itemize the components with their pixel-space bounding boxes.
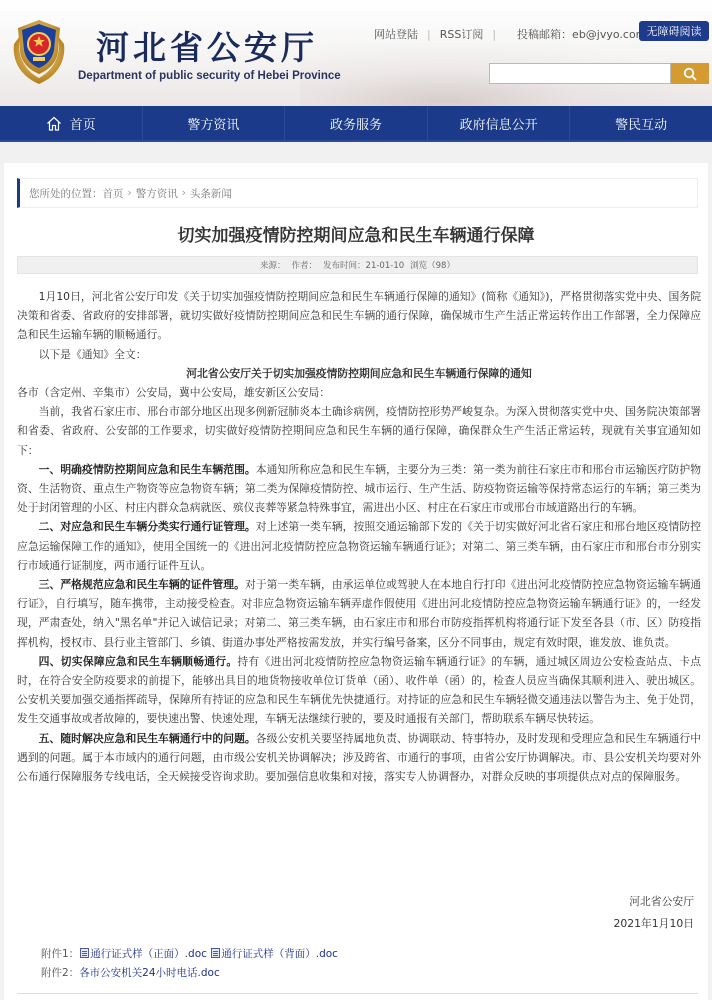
attachment-label: 附件2： bbox=[41, 967, 79, 979]
article-card: 您所处的位置： 首页 › 警方资讯 › 头条新闻 切实加强疫情防控期间应急和民生… bbox=[4, 163, 708, 1000]
attachment-link-24h-phones[interactable]: 各市公安机关24小时电话.doc bbox=[79, 967, 220, 979]
meta-author: 作者： bbox=[292, 259, 318, 271]
submission-email[interactable]: 投稿邮箱：eb@jvyo.com bbox=[517, 26, 646, 42]
separator: | bbox=[492, 28, 496, 41]
section-heading: 一、明确疫情防控期间应急和民生车辆范围。 bbox=[39, 463, 256, 476]
notice-section-1: 一、明确疫情防控期间应急和民生车辆范围。本通知所称应急和民生车辆，主要分为三类：… bbox=[17, 460, 701, 518]
nav-item-home[interactable]: 首页 bbox=[0, 106, 143, 140]
notice-section-2: 二、对应急和民生车辆分类实行通行证管理。对上述第一类车辆，按照交通运输部下发的《… bbox=[17, 517, 701, 575]
section-heading: 四、切实保障应急和民生车辆顺畅通行。 bbox=[39, 655, 238, 668]
meta-views: 浏览（98） bbox=[410, 259, 455, 271]
breadcrumb-item-police-news[interactable]: 警方资讯 bbox=[136, 186, 178, 201]
home-icon bbox=[46, 116, 62, 131]
nav-item-police-public-interaction[interactable]: 警民互动 bbox=[570, 106, 712, 140]
site-header: 河北省公安厅 Department of public security of … bbox=[0, 0, 712, 106]
site-subtitle: Department of public security of Hebei P… bbox=[78, 70, 341, 82]
nav-item-label: 首页 bbox=[70, 114, 96, 133]
meta-source: 来源： bbox=[260, 259, 286, 271]
attachment-row-2: 附件2：各市公安机关24小时电话.doc bbox=[41, 964, 338, 983]
login-link[interactable]: 网站登陆 bbox=[374, 26, 418, 42]
nav-item-label: 政府信息公开 bbox=[460, 114, 538, 133]
search-icon bbox=[683, 67, 697, 81]
section-heading: 五、随时解决应急和民生车辆通行中的问题。 bbox=[39, 732, 256, 745]
breadcrumb-prefix: 您所处的位置： bbox=[29, 186, 103, 201]
notice-title: 河北省公安厅关于切实加强疫情防控期间应急和民生车辆通行保障的通知 bbox=[17, 364, 701, 383]
article-meta: 来源： 作者： 发布时间：21-01-10 浏览（98） bbox=[17, 256, 698, 274]
section-heading: 三、严格规范应急和民生车辆的证件管理。 bbox=[39, 578, 245, 591]
nav-item-police-news[interactable]: 警方资讯 bbox=[143, 106, 286, 140]
breadcrumb-item-headlines[interactable]: 头条新闻 bbox=[190, 186, 232, 201]
police-emblem-logo bbox=[8, 14, 70, 86]
section-heading: 二、对应急和民生车辆分类实行通行证管理。 bbox=[39, 520, 256, 533]
word-doc-icon bbox=[80, 948, 89, 958]
main-nav: 首页 警方资讯 政务服务 政府信息公开 警民互动 bbox=[0, 106, 712, 142]
attachment-row-1: 附件1：通行证式样（正面）.doc 通行证式样（背面）.doc bbox=[41, 945, 338, 964]
notice-section-5: 五、随时解决应急和民生车辆通行中的问题。各级公安机关要坚持属地负责、协调联动、特… bbox=[17, 729, 701, 787]
article-body: 1月10日，河北省公安厅印发《关于切实加强疫情防控期间应急和民生车辆通行保障的通… bbox=[17, 287, 701, 786]
breadcrumb: 您所处的位置： 首页 › 警方资讯 › 头条新闻 bbox=[17, 178, 698, 208]
attachment-link-pass-back[interactable]: 通行证式样（背面）.doc bbox=[221, 948, 338, 960]
signature-date: 2021年1月10日 bbox=[614, 913, 694, 935]
notice-addressee: 各市（含定州、辛集市）公安局，冀中公安局，雄安新区公安局： bbox=[17, 383, 701, 402]
signature-block: 河北省公安厅 2021年1月10日 bbox=[614, 891, 694, 935]
signature-org: 河北省公安厅 bbox=[614, 891, 694, 913]
site-title: 河北省公安厅 bbox=[96, 22, 318, 69]
breadcrumb-separator: › bbox=[128, 187, 132, 199]
rss-link[interactable]: RSS订阅 bbox=[440, 26, 484, 42]
meta-published: 发布时间：21-01-10 bbox=[323, 259, 404, 271]
notice-section-4: 四、切实保障应急和民生车辆顺畅通行。持有《进出河北疫情防控应急物资运输车辆通行证… bbox=[17, 652, 701, 729]
word-doc-icon bbox=[211, 948, 220, 958]
nav-item-label: 警方资讯 bbox=[187, 114, 239, 133]
article-title: 切实加强疫情防控期间应急和民生车辆通行保障 bbox=[4, 221, 708, 246]
attachments: 附件1：通行证式样（正面）.doc 通行证式样（背面）.doc 附件2：各市公安… bbox=[41, 945, 338, 983]
attachment-link-pass-front[interactable]: 通行证式样（正面）.doc bbox=[90, 948, 207, 960]
breadcrumb-separator: › bbox=[182, 187, 186, 199]
nav-item-government-info[interactable]: 政府信息公开 bbox=[428, 106, 571, 140]
search-button[interactable] bbox=[671, 63, 709, 84]
nav-item-label: 警民互动 bbox=[615, 114, 667, 133]
notice-section-3: 三、严格规范应急和民生车辆的证件管理。对于第一类车辆，由承运单位或驾驶人在本地自… bbox=[17, 575, 701, 652]
attachment-label: 附件1： bbox=[41, 948, 79, 960]
footer-divider bbox=[17, 993, 698, 994]
notice-preamble: 当前，我省石家庄市、邢台市部分地区出现多例新冠肺炎本土确诊病例，疫情防控形势严峻… bbox=[17, 402, 701, 460]
search-input[interactable] bbox=[489, 63, 671, 84]
top-links: 网站登陆 | RSS订阅 | 投稿邮箱：eb@jvyo.com bbox=[374, 26, 646, 42]
separator: | bbox=[427, 28, 431, 41]
intro-paragraph: 1月10日，河北省公安厅印发《关于切实加强疫情防控期间应急和民生车辆通行保障的通… bbox=[17, 287, 701, 345]
breadcrumb-item-home[interactable]: 首页 bbox=[103, 186, 124, 201]
accessibility-reading-button[interactable]: 无障碍阅读 bbox=[639, 21, 709, 41]
nav-item-label: 政务服务 bbox=[330, 114, 382, 133]
nav-item-government-services[interactable]: 政务服务 bbox=[285, 106, 428, 140]
intro-paragraph: 以下是《通知》全文： bbox=[17, 345, 701, 364]
